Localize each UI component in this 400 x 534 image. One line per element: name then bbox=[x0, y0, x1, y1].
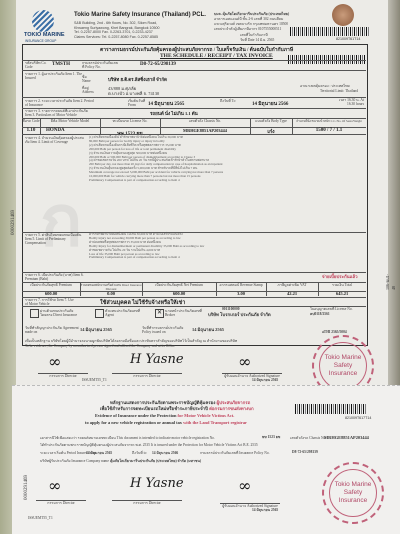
broker-label: นายหน้าประกันภัยเลขที่ Broker bbox=[165, 309, 205, 317]
col-header: จำนวนที่นั่ง/ขนาด/น้ำหนัก C.C./No. Of Se… bbox=[292, 119, 366, 123]
issued-label: วันที่ทำกรมธรรม์ประกันภัย Policy issued … bbox=[142, 326, 192, 334]
preliminary-line: Preliminary Compensation is part of comp… bbox=[89, 256, 359, 260]
paid-label: จ่ายเบี้ยประกันแล้ว bbox=[322, 274, 358, 279]
premium-header: เบี้ยประกันภัยสุทธิ Net Premium bbox=[142, 283, 216, 287]
premium-header: รวมเงิน Total bbox=[318, 283, 366, 287]
divider bbox=[22, 70, 366, 71]
company-name-label: บริษัทผู้รับประกันภัย Insurance Company … bbox=[40, 459, 109, 463]
vat-value: 42.21 bbox=[266, 291, 318, 296]
period-from: 14 มิถุนายน 2565 bbox=[86, 451, 112, 455]
chassis-no: MRHGE8851AP203444 bbox=[160, 128, 250, 133]
period-to: 14 มิถุนายน 2566 bbox=[152, 451, 178, 455]
total-value: 645.21 bbox=[318, 291, 366, 296]
col-header: เลขตัวถัง Chassis No. bbox=[160, 119, 250, 123]
premium-value: 600.00 bbox=[22, 291, 80, 296]
evidence-signature-director-1: ∞ bbox=[48, 476, 61, 495]
territory-th: อาณาเขตคุ้มครอง : ประเทศไทย bbox=[300, 84, 350, 88]
evidence-line-1: เอกสารนี้ใช้เพื่อแสดงว่า รถยนต์หมายเลขทะ… bbox=[40, 436, 230, 440]
stamp-line: Safety bbox=[335, 489, 372, 497]
evidence-authorized-date: 14 มิถุนายน 2565 bbox=[252, 508, 278, 512]
signature-director-1: ∞ bbox=[48, 352, 61, 371]
coverage-list: (1) ค่าเสียหายเบื้องต้น ค่ารักษาพยาบาลต่… bbox=[89, 136, 359, 183]
col-header: ชื่อรถ Code bbox=[22, 119, 40, 123]
address-line: S&B Building, 2nd - 6th floors, No. 302,… bbox=[74, 21, 157, 25]
divider bbox=[22, 60, 366, 61]
evidence-director-2-label: กรรมการ Director bbox=[112, 500, 182, 505]
agreement-label: วันที่ทำสัญญาประกันภัย Agreement made on bbox=[25, 326, 85, 334]
authorized-date: 14 มิถุนายน 2565 bbox=[252, 378, 278, 382]
evidence-company-name: คุ้มภัยโตเกียวมารีนประกันภัย (ประเทศไทย)… bbox=[110, 459, 201, 463]
invoice-date: วันที่ Date 14 มิ.ย. 2565 bbox=[240, 38, 274, 42]
premium-header: ภาษีมูลค่าเพิ่ม VAT bbox=[266, 283, 318, 287]
agreement-date: 14 มิถุนายน 2565 bbox=[80, 327, 112, 332]
co-code: TMSTH bbox=[52, 62, 70, 67]
policy-no-label: กรมธรรม์ประกันภัยเลขที่ Policy No. bbox=[82, 61, 120, 69]
net-premium-value: 600.00 bbox=[142, 291, 216, 296]
barcode-icon bbox=[290, 27, 370, 36]
stamp-duty-value: 3.00 bbox=[216, 291, 266, 296]
seats-weight: 1500 / 7 / 1.1 bbox=[292, 128, 366, 133]
divider bbox=[22, 97, 366, 98]
to-label: ถึงวันที่ To bbox=[220, 99, 240, 103]
issued-date: 14 มิถุนายน 2565 bbox=[192, 327, 224, 332]
logo-name: TOKIO MARINE bbox=[24, 32, 65, 38]
territory-en: Territorial Limit: Thailand bbox=[320, 89, 358, 93]
license-label: ใบอนุญาตเลขที่ License No. bbox=[310, 307, 360, 311]
name-label: ชื่อ Name bbox=[82, 75, 96, 83]
address-line: Claims Services: Tel. 0-2257-8080 Fax. 0… bbox=[74, 35, 158, 39]
coverage-line: Preliminary Compensation is part of comp… bbox=[89, 179, 359, 183]
tax-invoice-no: เลขที่ใบกำกับภาษี bbox=[240, 33, 268, 37]
stamp-line: Insurance bbox=[335, 497, 372, 505]
stamp-line: Tokio Marine bbox=[335, 481, 372, 489]
col-header: ยี่ห้อ Motor Vehicle Model bbox=[40, 119, 100, 123]
evidence-title-en-1: Evidence of Insurance under the Protecti… bbox=[95, 413, 234, 418]
evidence-signature-authorized: ∞ bbox=[238, 476, 251, 495]
item3-label: รายการ 3. รายการรถยนต์ที่เอาประกันภัย It… bbox=[25, 109, 95, 117]
evidence-title-th-1: หลักฐานแสดงการประกันภัยตามพระราชบัญญัติค… bbox=[110, 400, 250, 405]
tokio-marine-logo-icon bbox=[32, 10, 54, 32]
evidence-line-2: ได้ทำประกันภัยตามพระราชบัญญัติคุ้มครองผู… bbox=[40, 443, 360, 447]
evidence-title-th-2: เพื่อใช้สำหรับการจดทะเบียนรถใหม่หรือชำระ… bbox=[100, 406, 254, 411]
signature-director-2: H Yasne bbox=[130, 352, 184, 367]
item1-label: รายการ 1. ผู้เอาประกันภัย Item 1. The In… bbox=[25, 72, 85, 80]
stamp-line: Insurance bbox=[325, 370, 362, 378]
from-date: 14 มิถุนายน 2565 bbox=[148, 100, 184, 108]
right-header-line: บมจ. คุ้มภัยโตเกียวมารีนประกันภัย (ประเท… bbox=[214, 12, 289, 16]
insured-name: บริษัท ฮ.ติ.ดร.ลีสซิ่งเฮาส์ จำกัด bbox=[108, 76, 167, 83]
preliminary-list: ค่ารักษาพยาบาลต่อหนึ่งคน ไม่เกิน 30,000 … bbox=[89, 233, 359, 260]
evidence-barcode-number: 821009T617T14 bbox=[345, 416, 371, 420]
form-code: ISSUEMT55_T1 bbox=[82, 378, 107, 382]
evidence-title-en-2: to apply for a new vehicle registration … bbox=[85, 420, 247, 425]
government-seal-icon bbox=[332, 4, 354, 26]
director-1-label: กรรมการ Director bbox=[38, 373, 88, 378]
divider bbox=[22, 134, 366, 135]
barcode-icon bbox=[295, 404, 367, 414]
witness-en: To be evidence, the Company by an author… bbox=[25, 344, 365, 348]
right-header-line: แขวงสุริยวงศ์ เขตบางรัก กรุงเทพมหานคร 10… bbox=[214, 22, 288, 26]
discount-value: 0.00 bbox=[80, 291, 142, 296]
signature-authorized: ∞ bbox=[238, 352, 251, 371]
address-label: ที่อยู่ Address bbox=[82, 86, 98, 94]
side-form-number: 106-ขป1-48 bbox=[384, 274, 396, 290]
item2-label: รายการ 2. ระยะเวลาประกันภัย Item 2. Peri… bbox=[25, 99, 95, 107]
premium-header: อากรแสตมป์ Revenue Stamp bbox=[216, 283, 266, 287]
evidence-chassis-label: เลขตัวถังรถ Chassis No. bbox=[290, 436, 326, 440]
col-header: ทะเบียนรถ License No. bbox=[100, 119, 160, 123]
agent-label: ตัวแทนประกันภัยเลขที่ Agent bbox=[105, 309, 145, 317]
broker-code: 0011100000 bbox=[222, 307, 240, 311]
company-name: Tokio Marine Safety Insurance (Thailand)… bbox=[74, 12, 206, 18]
evidence-director-1-label: กรรมการ Director bbox=[36, 500, 86, 505]
logo-sub: INSURANCE GROUP bbox=[25, 39, 56, 43]
stamp-code: aTHI 2565/5004 bbox=[322, 330, 347, 334]
to-date: 14 มิถุนายน 2566 bbox=[252, 100, 288, 108]
direct-insurance-label: ผ่านตัวแทนประกันภัยโดยตรง Direct Insuran… bbox=[40, 309, 80, 317]
evidence-reg-no: ษษ 1523 ยข bbox=[262, 435, 280, 439]
broker-name: บริษัท โบรกเกอร์ ประกันภัย จำกัด bbox=[208, 312, 271, 317]
evidence-form-code: ISSUEMT55_T1 bbox=[28, 516, 53, 520]
vehicle-use: รถยนต์ นั่ง ไม่เกิน 1.1 ตัน bbox=[150, 110, 198, 117]
address-line: Tel. 0-2257-8000 Fax. 0-2263-3701, 0-223… bbox=[74, 30, 153, 34]
watermark: ก bbox=[40, 165, 82, 276]
right-header-line: อาคารเอสแอนด์บี ชั้น 2-6 เลขที่ 302 ถนนส… bbox=[214, 17, 283, 21]
co-code-label: รหัสบริษัท Co. Code bbox=[25, 61, 47, 69]
policy-no: D8-72-65/298139 bbox=[140, 62, 176, 67]
evidence-company-stamp: Tokio Marine Safety Insurance bbox=[322, 462, 384, 524]
stamp-line: Safety bbox=[325, 362, 362, 370]
broker-checkbox: ✕ bbox=[155, 309, 164, 318]
period-to-label: ถึงวันที่ to bbox=[132, 451, 146, 455]
item5-label: รายการ 5. ค่าสินไหมทดแทนเบื้องต้น Item 5… bbox=[25, 233, 87, 246]
barcode-number: 821009T61T14 bbox=[336, 37, 360, 41]
witness-th: เพื่อเป็นหลักฐาน บริษัทโดยผู้มีอำนาจลงนา… bbox=[25, 339, 365, 343]
vehicle-code: 1.10 bbox=[22, 128, 40, 133]
item6-label: รายการ 6. เบี้ยประกันภัย (บาท) Item 6. P… bbox=[25, 273, 95, 281]
address-line: Khwaeng Suriyawong, Khet Bangrak, Bangko… bbox=[74, 26, 160, 30]
from-label: เริ่มต้นวันที่ From bbox=[128, 99, 148, 107]
right-header-line: เลขประจำตัวผู้เสียภาษีอากร 0107555000511 bbox=[214, 27, 281, 31]
insured-address-2: ต.บางบัว อ.บางพลี จ. 74130 bbox=[108, 91, 159, 96]
time-note: เวลา 16.30 น. At 16.30 hours bbox=[330, 98, 364, 106]
stamp-line: Tokio Marine bbox=[325, 354, 362, 362]
direct-insurance-checkbox bbox=[30, 309, 39, 318]
side-serial-number: 0000291469 bbox=[11, 210, 16, 235]
item4-label: รายการ 4. จำนวนเงินคุ้มครองผู้ประสบภัย I… bbox=[25, 136, 87, 144]
vehicle-model: HONDA bbox=[46, 128, 65, 133]
schedule-title-en: THE SCHEDULE / RECEIPT / TAX INVOICE bbox=[160, 53, 273, 59]
evidence-chassis-no: MRHGE8851AP203444 bbox=[324, 435, 369, 440]
col-header: แบบตัวถัง Body Type bbox=[250, 119, 292, 123]
agent-checkbox bbox=[95, 309, 104, 318]
license-no: ลป0118/2561 bbox=[310, 312, 330, 316]
director-2-label: กรรมการ Director bbox=[112, 373, 182, 378]
evidence-side-serial: 0000291469 bbox=[24, 475, 29, 500]
evidence-signature-director-2: H Yasne bbox=[130, 476, 184, 491]
evidence-policy-no: D8-72-65/298139 bbox=[292, 450, 318, 454]
premium-header: เบี้ยประกันภัยสุทธิ Premium bbox=[22, 283, 80, 287]
evidence-policy-label: กรมธรรม์ประกันภัยเลขที่ Insurance Policy… bbox=[200, 451, 270, 455]
